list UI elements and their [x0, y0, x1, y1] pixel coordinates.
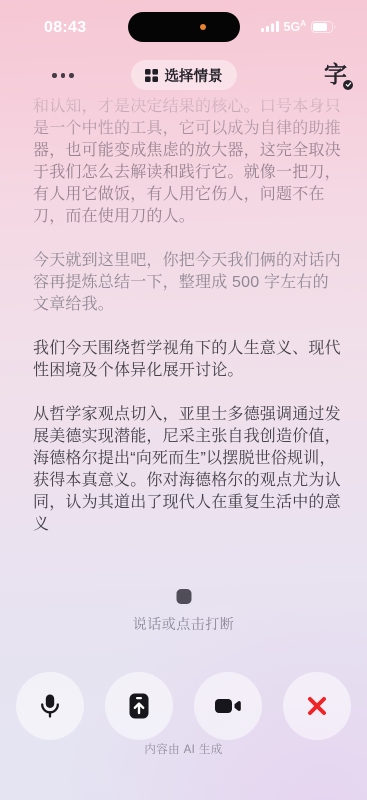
voice-call-screen: 08:43 5GA: [0, 0, 367, 800]
microphone-icon: [35, 691, 65, 721]
call-controls: [16, 672, 351, 740]
header: 选择情景 字: [0, 60, 367, 94]
voice-hint: 说话或点击打断: [0, 614, 367, 634]
choose-scenario-button[interactable]: 选择情景: [131, 60, 237, 90]
close-icon: [303, 692, 331, 720]
assistant-message: 我们今天围绕哲学视角下的人生意义、现代性困境及个体异化展开讨论。: [33, 338, 343, 382]
grid-icon: [145, 69, 158, 82]
network-label: 5GA: [284, 20, 306, 34]
assistant-message: 从哲学家观点切入，亚里士多德强调通过发展美德实现潜能，尼采主张自我创造价值，海德…: [33, 404, 343, 536]
status-bar: 08:43 5GA: [0, 0, 367, 50]
share-screen-button[interactable]: [105, 672, 173, 740]
mute-mic-button[interactable]: [16, 672, 84, 740]
interrupt-square-indicator[interactable]: [176, 589, 191, 604]
video-camera-icon: [212, 691, 244, 721]
user-message: 今天就到这里吧，你把今天我们俩的对话内容再提炼总结一下，整理成 500 字左右的…: [33, 250, 343, 316]
status-icons: 5GA: [261, 20, 337, 34]
share-screen-icon: [124, 691, 154, 721]
signal-icon: [261, 21, 279, 32]
conversation-transcript: 和认知，才是决定结果的核心。口号本身只是一个中性的工具，它可以成为自律的助推器，…: [33, 96, 343, 558]
check-badge-icon: [343, 80, 353, 90]
subtitle-toggle-button[interactable]: 字: [324, 61, 347, 89]
choose-scenario-label: 选择情景: [165, 65, 223, 86]
end-call-button[interactable]: [283, 672, 351, 740]
assistant-previous-message: 和认知，才是决定结果的核心。口号本身只是一个中性的工具，它可以成为自律的助推器，…: [33, 96, 343, 228]
more-options-icon[interactable]: [52, 73, 74, 78]
ai-disclaimer: 内容由 AI 生成: [0, 741, 367, 757]
mic-active-dot-icon: [200, 24, 206, 30]
camera-button[interactable]: [194, 672, 262, 740]
battery-icon: [311, 21, 337, 33]
dynamic-island: [128, 12, 240, 42]
clock: 08:43: [44, 19, 86, 37]
